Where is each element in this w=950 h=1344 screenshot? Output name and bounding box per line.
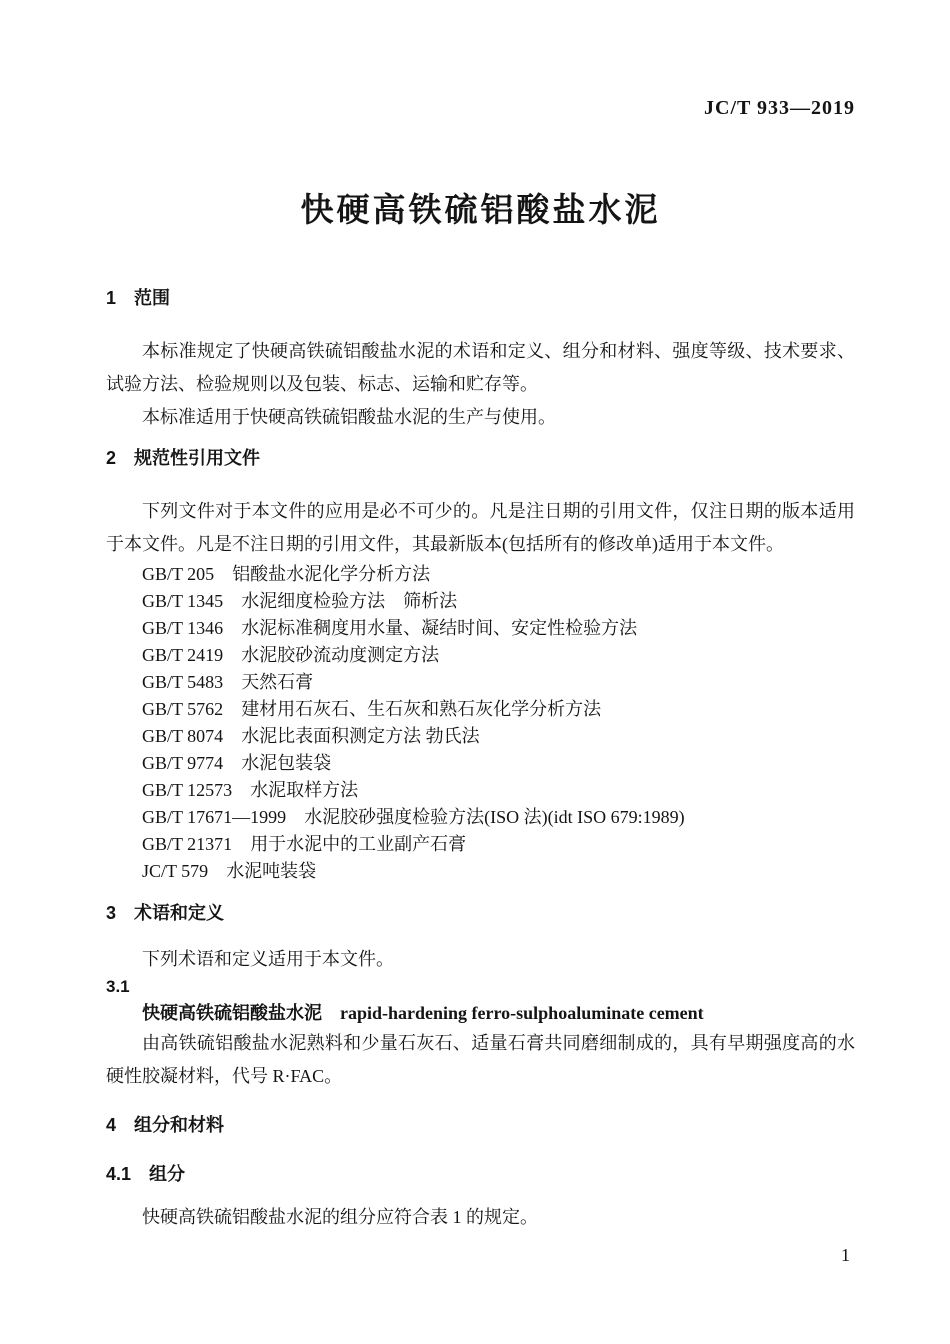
- section-1-heading: 1 范围: [106, 286, 855, 311]
- reference-item: JC/T 579水泥吨装袋: [142, 858, 855, 885]
- reference-title: 水泥包装袋: [241, 753, 331, 773]
- document-page: JC/T 933—2019 快硬高铁硫铝酸盐水泥 1 范围 本标准规定了快硬高铁…: [0, 0, 950, 1344]
- document-content: JC/T 933—2019 快硬高铁硫铝酸盐水泥 1 范围 本标准规定了快硬高铁…: [0, 0, 950, 1234]
- reference-code: GB/T 8074: [142, 726, 223, 746]
- section-3-intro: 下列术语和定义适用于本文件。: [106, 946, 855, 973]
- reference-item: GB/T 1345水泥细度检验方法 筛析法: [142, 588, 855, 615]
- reference-item: GB/T 1346水泥标准稠度用水量、凝结时间、安定性检验方法: [142, 615, 855, 642]
- reference-item: GB/T 8074水泥比表面积测定方法 勃氏法: [142, 723, 855, 750]
- term-number: 3.1: [106, 973, 855, 1000]
- reference-code: JC/T 579: [142, 861, 208, 881]
- term-chinese: 快硬高铁硫铝酸盐水泥: [142, 1003, 322, 1023]
- reference-title: 水泥比表面积测定方法 勃氏法: [241, 726, 480, 746]
- document-title: 快硬高铁硫铝酸盐水泥: [106, 190, 855, 230]
- section-3-heading: 3 术语和定义: [106, 901, 855, 926]
- reference-item: GB/T 17671—1999水泥胶砂强度检验方法(ISO 法)(idt ISO…: [142, 804, 855, 831]
- reference-item: GB/T 9774水泥包装袋: [142, 750, 855, 777]
- reference-item: GB/T 5762建材用石灰石、生石灰和熟石灰化学分析方法: [142, 696, 855, 723]
- section-2-intro: 下列文件对于本文件的应用是必不可少的。凡是注日期的引用文件，仅注日期的版本适用于…: [106, 495, 855, 561]
- reference-code: GB/T 9774: [142, 753, 223, 773]
- page-number: 1: [841, 1243, 850, 1267]
- section-4-1-heading: 4.1 组分: [106, 1162, 855, 1187]
- reference-code: GB/T 1345: [142, 591, 223, 611]
- reference-item: GB/T 21371用于水泥中的工业副产石膏: [142, 831, 855, 858]
- reference-item: GB/T 5483天然石膏: [142, 669, 855, 696]
- reference-code: GB/T 17671—1999: [142, 807, 286, 827]
- term-definition-body: 由高铁硫铝酸盐水泥熟料和少量石灰石、适量石膏共同磨细制成的，具有早期强度高的水硬…: [106, 1027, 855, 1093]
- section-4-1-paragraph: 快硬高铁硫铝酸盐水泥的组分应符合表 1 的规定。: [106, 1201, 855, 1234]
- term-definition-line: 快硬高铁硫铝酸盐水泥rapid-hardening ferro-sulphoal…: [106, 1000, 855, 1027]
- reference-item: GB/T 205铝酸盐水泥化学分析方法: [142, 561, 855, 588]
- section-2-heading: 2 规范性引用文件: [106, 446, 855, 471]
- section-1-paragraph-2: 本标准适用于快硬高铁硫铝酸盐水泥的生产与使用。: [106, 401, 855, 434]
- reference-code: GB/T 5762: [142, 699, 223, 719]
- reference-item: GB/T 2419水泥胶砂流动度测定方法: [142, 642, 855, 669]
- reference-title: 水泥胶砂强度检验方法(ISO 法)(idt ISO 679:1989): [304, 807, 685, 827]
- reference-title: 铝酸盐水泥化学分析方法: [232, 564, 430, 584]
- term-english: rapid-hardening ferro-sulphoaluminate ce…: [340, 1003, 704, 1023]
- section-1-paragraph-1: 本标准规定了快硬高铁硫铝酸盐水泥的术语和定义、组分和材料、强度等级、技术要求、试…: [106, 335, 855, 401]
- reference-title: 水泥标准稠度用水量、凝结时间、安定性检验方法: [241, 618, 637, 638]
- reference-code: GB/T 12573: [142, 780, 232, 800]
- reference-code: GB/T 1346: [142, 618, 223, 638]
- reference-title: 水泥胶砂流动度测定方法: [241, 645, 439, 665]
- reference-code: GB/T 21371: [142, 834, 232, 854]
- reference-code: GB/T 2419: [142, 645, 223, 665]
- section-4-heading: 4 组分和材料: [106, 1113, 855, 1138]
- reference-title: 水泥细度检验方法 筛析法: [241, 591, 457, 611]
- reference-title: 用于水泥中的工业副产石膏: [250, 834, 466, 854]
- reference-title: 水泥吨装袋: [226, 861, 316, 881]
- reference-title: 水泥取样方法: [250, 780, 358, 800]
- reference-code: GB/T 205: [142, 564, 214, 584]
- reference-title: 天然石膏: [241, 672, 313, 692]
- standard-number: JC/T 933—2019: [106, 0, 855, 120]
- reference-title: 建材用石灰石、生石灰和熟石灰化学分析方法: [241, 699, 601, 719]
- reference-item: GB/T 12573水泥取样方法: [142, 777, 855, 804]
- reference-code: GB/T 5483: [142, 672, 223, 692]
- normative-references-list: GB/T 205铝酸盐水泥化学分析方法 GB/T 1345水泥细度检验方法 筛析…: [106, 561, 855, 885]
